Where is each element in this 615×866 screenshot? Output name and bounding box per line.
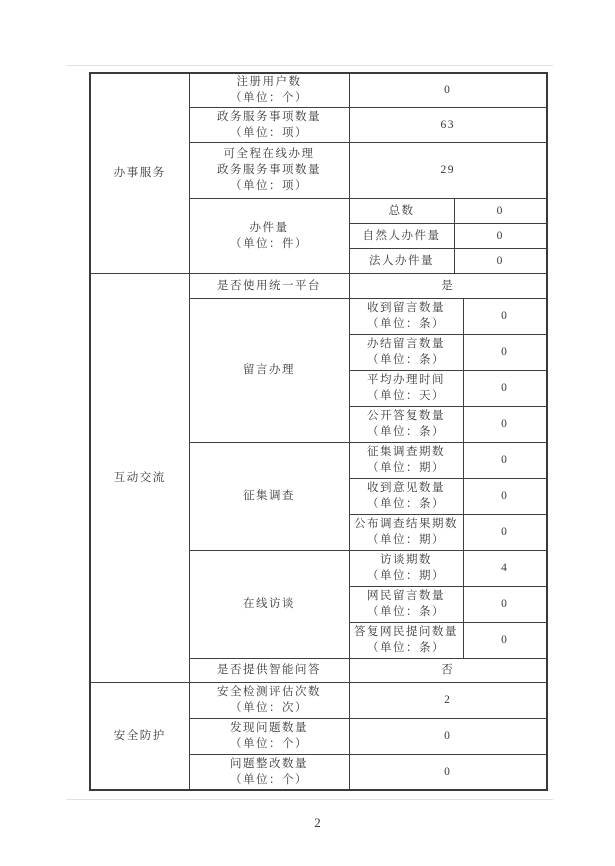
- label-online-items: 可全程在线办理 政务服务事项数量 （单位：项）: [189, 142, 349, 198]
- value-problems-found: 0: [349, 718, 547, 754]
- value-problems-fixed: 0: [349, 754, 547, 790]
- value-service-items: 63: [349, 107, 547, 142]
- value-messages-completed: 0: [463, 334, 547, 370]
- value-online-items: 29: [349, 142, 547, 198]
- label-problems-fixed: 问题整改数量 （单位：个）: [189, 754, 349, 790]
- value-registered-users: 0: [349, 73, 547, 107]
- label-opinions-received: 收到意见数量 （单位：条）: [349, 478, 463, 514]
- label-unified-platform: 是否使用统一平台: [189, 273, 349, 298]
- label-online-interview: 在线访谈: [189, 550, 349, 658]
- label-problems-found: 发现问题数量 （单位：个）: [189, 718, 349, 754]
- value-security-checks: 2: [349, 682, 547, 718]
- label-results-published: 公布调查结果期数 （单位：期）: [349, 514, 463, 550]
- value-interview-periods: 4: [463, 550, 547, 586]
- group-cell-security: 安全防护: [90, 682, 189, 790]
- value-case-natural-person: 0: [454, 223, 547, 248]
- label-survey: 征集调查: [189, 442, 349, 550]
- label-messages-received: 收到留言数量 （单位：条）: [349, 298, 463, 334]
- label-survey-periods: 征集调查期数 （单位：期）: [349, 442, 463, 478]
- value-messages-received: 0: [463, 298, 547, 334]
- footer-rule: [66, 799, 553, 800]
- value-smart-qa: 否: [349, 658, 547, 682]
- label-registered-users: 注册用户数 （单位：个）: [189, 73, 349, 107]
- label-interview-periods: 访谈期数 （单位：期）: [349, 550, 463, 586]
- value-netizen-messages: 0: [463, 586, 547, 622]
- label-average-handling-time: 平均办理时间 （单位：天）: [349, 370, 463, 406]
- group-cell-interaction: 互动交流: [90, 273, 189, 682]
- label-service-items: 政务服务事项数量 （单位：项）: [189, 107, 349, 142]
- label-public-replies: 公开答复数量 （单位：条）: [349, 406, 463, 442]
- label-case-legal-person: 法人办件量: [349, 248, 454, 273]
- label-message-handling: 留言办理: [189, 298, 349, 442]
- value-average-handling-time: 0: [463, 370, 547, 406]
- label-netizen-messages: 网民留言数量 （单位：条）: [349, 586, 463, 622]
- value-opinions-received: 0: [463, 478, 547, 514]
- label-messages-completed: 办结留言数量 （单位：条）: [349, 334, 463, 370]
- group-label-service: 办事服务: [91, 165, 189, 181]
- value-unified-platform: 是: [349, 273, 547, 298]
- value-results-published: 0: [463, 514, 547, 550]
- label-question-replies: 答复网民提问数量 （单位：条）: [349, 622, 463, 658]
- value-question-replies: 0: [463, 622, 547, 658]
- value-case-total: 0: [454, 198, 547, 223]
- group-label-interaction: 互动交流: [91, 470, 189, 486]
- report-table: 办事服务 注册用户数 （单位：个） 0 政务服务事项数量 （单位：项） 63 可…: [89, 72, 548, 791]
- label-case-volume: 办件量 （单位：件）: [189, 198, 349, 273]
- header-rule: [66, 65, 553, 66]
- label-security-checks: 安全检测评估次数 （单位：次）: [189, 682, 349, 718]
- value-case-legal-person: 0: [454, 248, 547, 273]
- label-case-total: 总数: [349, 198, 454, 223]
- label-case-natural-person: 自然人办件量: [349, 223, 454, 248]
- group-label-security: 安全防护: [91, 728, 189, 744]
- page-number: 2: [89, 815, 546, 831]
- value-public-replies: 0: [463, 406, 547, 442]
- label-smart-qa: 是否提供智能问答: [189, 658, 349, 682]
- value-survey-periods: 0: [463, 442, 547, 478]
- group-cell-service: 办事服务: [90, 73, 189, 273]
